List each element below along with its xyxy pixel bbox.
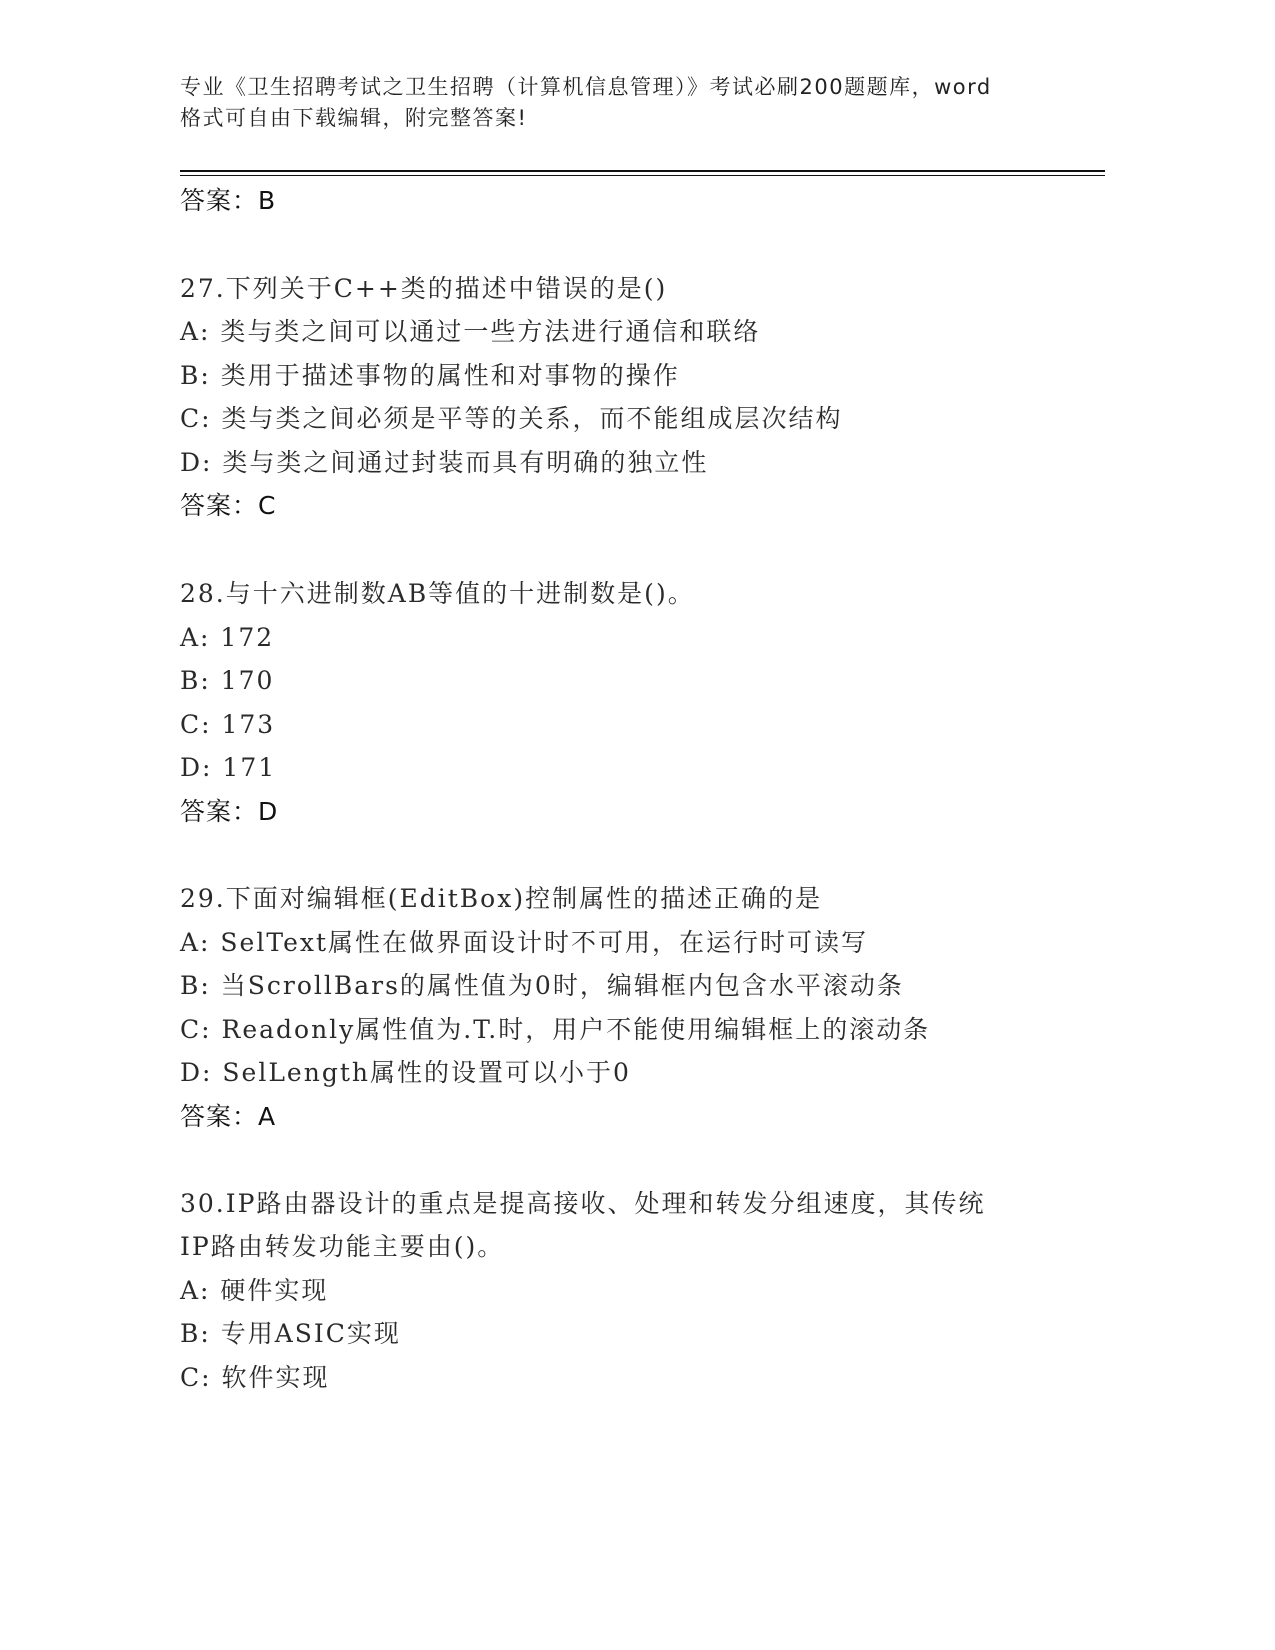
question-27-option-d: D: 类与类之间通过封装而具有明确的独立性	[180, 448, 708, 478]
question-29-option-d: D: SelLength属性的设置可以小于0	[180, 1058, 631, 1088]
question-27-option-b: B: 类用于描述事物的属性和对事物的操作	[180, 361, 680, 391]
question-27-option-a: A: 类与类之间可以通过一些方法进行通信和联络	[180, 317, 760, 347]
document-page: 专业《卫生招聘考试之卫生招聘（计算机信息管理）》考试必刷200题题库，word …	[0, 0, 1275, 1650]
question-29-option-a: A: SelText属性在做界面设计时不可用，在运行时可读写	[180, 928, 868, 958]
header-line-2: 格式可自由下载编辑，附完整答案!	[180, 103, 1080, 134]
question-28-option-c: C: 173	[180, 710, 275, 740]
question-28-stem: 28.与十六进制数AB等值的十进制数是()。	[180, 579, 695, 609]
question-29-option-c: C: Readonly属性值为.T.时，用户不能使用编辑框上的滚动条	[180, 1015, 930, 1045]
question-30-option-a: A: 硬件实现	[180, 1276, 328, 1306]
question-29-stem: 29.下面对编辑框(EditBox)控制属性的描述正确的是	[180, 884, 822, 914]
answer-26: 答案：B	[180, 186, 276, 216]
question-29-option-b: B: 当ScrollBars的属性值为0时，编辑框内包含水平滚动条	[180, 971, 904, 1001]
question-27-option-c: C: 类与类之间必须是平等的关系，而不能组成层次结构	[180, 404, 843, 434]
question-28-option-d: D: 171	[180, 753, 276, 783]
question-28-option-b: B: 170	[180, 666, 274, 696]
answer-28: 答案：D	[180, 797, 278, 827]
header-divider-thin	[180, 175, 1105, 176]
question-27-stem: 27.下列关于C++类的描述中错误的是()	[180, 274, 667, 304]
question-30-option-b: B: 专用ASIC实现	[180, 1319, 401, 1349]
question-30-stem-line-1: 30.IP路由器设计的重点是提高接收、处理和转发分组速度，其传统	[180, 1189, 985, 1219]
header-divider-thick	[180, 170, 1105, 172]
answer-27: 答案：C	[180, 491, 276, 521]
question-28-option-a: A: 172	[180, 623, 274, 653]
question-30-option-c: C: 软件实现	[180, 1363, 330, 1393]
header-line-1: 专业《卫生招聘考试之卫生招聘（计算机信息管理）》考试必刷200题题库，word	[180, 72, 1080, 103]
document-header: 专业《卫生招聘考试之卫生招聘（计算机信息管理）》考试必刷200题题库，word …	[180, 72, 1080, 134]
answer-29: 答案：A	[180, 1102, 276, 1132]
question-30-stem-line-2: IP路由转发功能主要由()。	[180, 1232, 504, 1262]
